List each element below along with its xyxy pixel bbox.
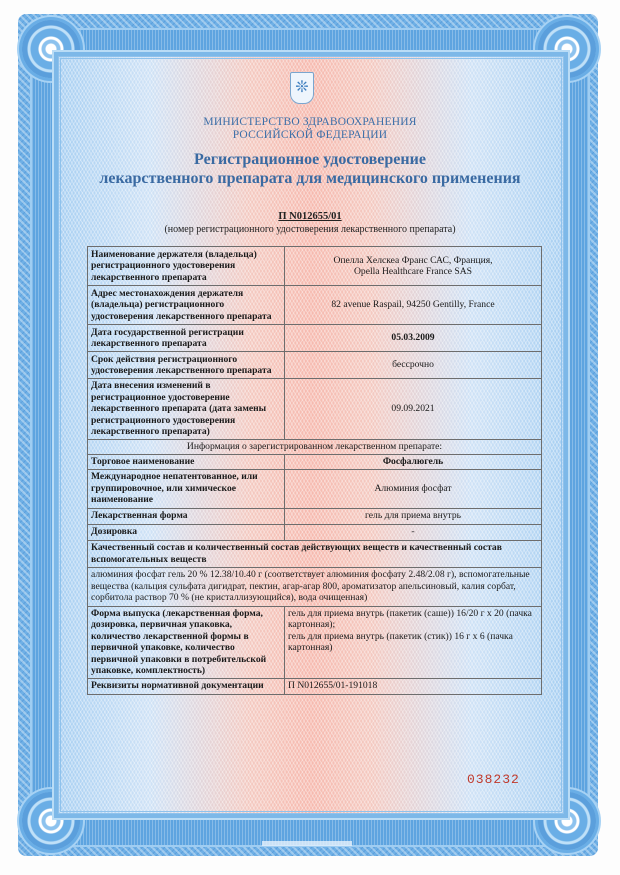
- table-row: Реквизиты нормативной документации П N01…: [88, 678, 542, 694]
- table-row: Наименование держателя (владельца) регис…: [88, 247, 542, 286]
- registration-number: П N012655/01: [0, 211, 620, 222]
- trade-name-value: Фосфалюгель: [285, 454, 542, 469]
- table-row: Дата внесения изменений в регистрационно…: [88, 379, 542, 440]
- product-info-header: Информация о зарегистрированном лекарств…: [88, 439, 542, 454]
- serial-number: 038232: [467, 772, 520, 787]
- dosage-form-value: гель для приема внутрь: [285, 508, 542, 524]
- table-row: Форма выпуска (лекарственная форма, дози…: [88, 606, 542, 678]
- holder-name-value: Опелла Хелскеа Франс САС, Франция, Opell…: [285, 247, 542, 286]
- table-row: Торговое наименование Фосфалюгель: [88, 454, 542, 469]
- dosage-value: -: [285, 524, 542, 540]
- inn-label: Международное непатентованное, или групп…: [88, 469, 285, 508]
- release-form-label: Форма выпуска (лекарственная форма, дози…: [88, 606, 285, 678]
- holder-name-en: Opella Healthcare France SAS: [288, 266, 538, 278]
- ministry-name-line2: РОССИЙСКОЙ ФЕДЕРАЦИИ: [0, 129, 620, 141]
- table-row: Международное непатентованное, или групп…: [88, 469, 542, 508]
- russian-coat-of-arms-icon: ❊: [290, 72, 314, 104]
- holder-name-label: Наименование держателя (владельца) регис…: [88, 247, 285, 286]
- certificate-table: Наименование держателя (владельца) регис…: [87, 246, 542, 695]
- normative-docs-value: П N012655/01-191018: [285, 678, 542, 694]
- registration-number-caption: (номер регистрационного удостоверения ле…: [0, 224, 620, 235]
- table-row: Срок действия регистрационного удостовер…: [88, 352, 542, 379]
- dosage-label: Дозировка: [88, 524, 285, 540]
- document-title-line2: лекарственного препарата для медицинског…: [0, 170, 620, 188]
- document-title-line1: Регистрационное удостоверение: [0, 151, 620, 169]
- table-row: Качественный состав и количественный сос…: [88, 540, 542, 567]
- registration-date-label: Дата государственной регистрации лекарст…: [88, 325, 285, 352]
- trade-name-label: Торговое наименование: [88, 454, 285, 469]
- printer-imprint: [262, 841, 352, 846]
- registration-date-value: 05.03.2009: [285, 325, 542, 352]
- holder-address-value: 82 avenue Raspail, 94250 Gentilly, Franc…: [285, 286, 542, 325]
- inn-value: Алюминия фосфат: [285, 469, 542, 508]
- holder-address-label: Адрес местонахождения держателя (владель…: [88, 286, 285, 325]
- change-date-label: Дата внесения изменений в регистрационно…: [88, 379, 285, 440]
- ministry-name-line1: МИНИСТЕРСТВО ЗДРАВООХРАНЕНИЯ: [0, 116, 620, 128]
- release-form-sachet: гель для приема внутрь (пакетик (саше)) …: [288, 608, 538, 631]
- dosage-form-label: Лекарственная форма: [88, 508, 285, 524]
- validity-label: Срок действия регистрационного удостовер…: [88, 352, 285, 379]
- table-row: Информация о зарегистрированном лекарств…: [88, 439, 542, 454]
- holder-name-ru: Опелла Хелскеа Франс САС, Франция,: [288, 255, 538, 267]
- table-row: Дозировка -: [88, 524, 542, 540]
- composition-label: Качественный состав и количественный сос…: [88, 540, 542, 567]
- change-date-value: 09.09.2021: [285, 379, 542, 440]
- table-row: алюминия фосфат гель 20 % 12.38/10.40 г …: [88, 567, 542, 606]
- release-form-stick: гель для приема внутрь (пакетик (стик)) …: [288, 631, 538, 654]
- table-row: Адрес местонахождения держателя (владель…: [88, 286, 542, 325]
- table-row: Лекарственная форма гель для приема внут…: [88, 508, 542, 524]
- composition-value: алюминия фосфат гель 20 % 12.38/10.40 г …: [88, 567, 542, 606]
- release-form-value: гель для приема внутрь (пакетик (саше)) …: [285, 606, 542, 678]
- validity-value: бессрочно: [285, 352, 542, 379]
- normative-docs-label: Реквизиты нормативной документации: [88, 678, 285, 694]
- table-row: Дата государственной регистрации лекарст…: [88, 325, 542, 352]
